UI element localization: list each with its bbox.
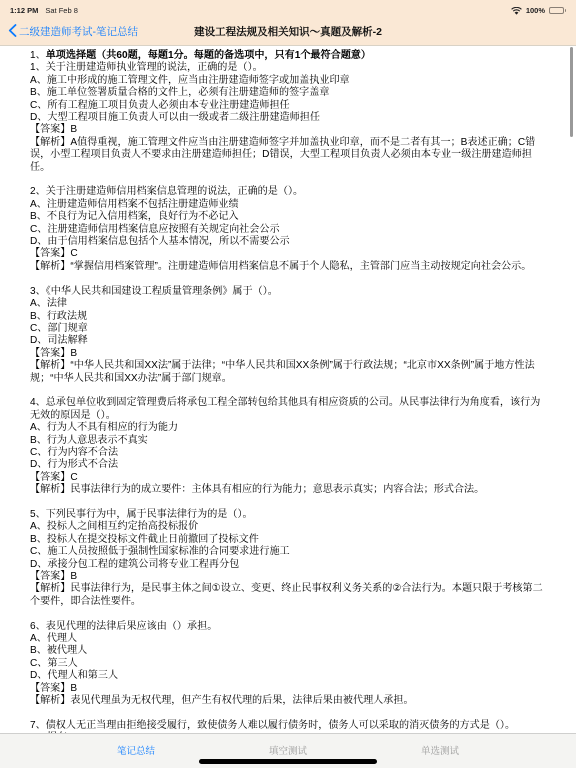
tab-notes-summary[interactable]: 笔记总结 [60,743,212,768]
chevron-left-icon [8,24,17,40]
question-option: A、注册建造师信用档案不包括注册建造师业绩 [30,199,546,211]
scrollbar[interactable] [570,47,573,137]
question-option: B、被代理人 [30,645,546,657]
status-right: 100% [511,2,566,20]
question-text: 3、《中华人民共和国建设工程质量管理条例》属于（）。 [30,286,546,298]
nav-bar: 二级建造师考试-笔记总结 建设工程法规及相关知识～真题及解析-2 [0,18,576,45]
question-option: D、行为形式不合法 [30,459,546,471]
question-analysis: 【解析】“掌握信用档案管理”。注册建造师信用档案信息不属于个人隐私，主管部门应当… [30,261,546,273]
question-text: 2、关于注册建造师信用档案信息管理的说法，正确的是（）。 [30,186,546,198]
question-answer: 【答案】B [30,348,546,360]
question-option: D、司法解释 [30,335,546,347]
question-list: 1、关于注册建造师执业管理的说法，正确的是（）。 A、施工中形成的施工管理文件，… [30,62,546,733]
question-option: C、施工人员按照低于强制性国家标准的合同要求进行施工 [30,546,546,558]
status-time: 1:12 PM [10,6,38,15]
question-answer: 【答案】B [30,571,546,583]
question-option: D、由于信用档案信息包括个人基本情况，所以不需要公示 [30,236,546,248]
question-option: A、法律 [30,298,546,310]
back-button[interactable]: 二级建造师考试-笔记总结 [8,24,138,40]
tab-single-choice-test[interactable]: 单选测试 [364,743,516,768]
question-block: 4、总承包单位收到固定管理费后将承包工程全部转包给其他具有相应资质的公司。从民事… [30,397,546,496]
question-text: 5、下列民事行为中，属于民事法律行为的是（）。 [30,509,546,521]
question-text: 4、总承包单位收到固定管理费后将承包工程全部转包给其他具有相应资质的公司。从民事… [30,397,546,422]
status-bar: 1:12 PM Sat Feb 8 100% [0,0,576,18]
question-block: 7、债权人无正当理由拒绝接受履行，致使债务人难以履行债务时，债务人可以采取的消灭… [30,720,546,733]
section-title: 单项选择题（共60题，每题1分。每题的备选项中，只有1个最符合题意） [46,50,371,61]
question-block: 3、《中华人民共和国建设工程质量管理条例》属于（）。 A、法律B、行政法规C、部… [30,286,546,385]
question-option: A、施工中形成的施工管理文件，应当由注册建造师签字或加盖执业印章 [30,75,546,87]
question-option: C、所有工程施工项目负责人必须由本专业注册建造师担任 [30,100,546,112]
question-option: C、第三人 [30,658,546,670]
home-indicator[interactable] [199,759,377,764]
question-block: 5、下列民事行为中，属于民事法律行为的是（）。 A、投标人之间相互约定抬高投标报… [30,509,546,608]
question-text: 7、债权人无正当理由拒绝接受履行，致使债务人难以履行债务时，债务人可以采取的消灭… [30,720,546,732]
question-analysis: 【解析】A值得重视，施工管理文件应当由注册建造师签字并加盖执业印章，而不是二者有… [30,137,546,174]
question-analysis: 【解析】民事法律行为，是民事主体之间①设立、变更、终止民事权利义务关系的②合法行… [30,583,546,608]
section-number: 1、 [30,50,46,61]
question-option: B、行为人意思表示不真实 [30,435,546,447]
question-analysis: 【解析】“中华人民共和国XX法”属于法律；“中华人民共和国XX条例”属于行政法规… [30,360,546,385]
battery-percent: 100% [526,6,545,15]
question-block: 2、关于注册建造师信用档案信息管理的说法，正确的是（）。 A、注册建造师信用档案… [30,186,546,273]
question-answer: 【答案】B [30,683,546,695]
battery-icon [549,7,566,15]
question-text: 1、关于注册建造师执业管理的说法，正确的是（）。 [30,62,546,74]
question-option: A、行为人不具有相应的行为能力 [30,422,546,434]
question-text: 6、表见代理的法律后果应该由（）承担。 [30,621,546,633]
screen: 1:12 PM Sat Feb 8 100% [0,0,576,768]
back-button-label: 二级建造师考试-笔记总结 [19,24,138,39]
tab-fill-blank-test[interactable]: 填空测试 [212,743,364,768]
wifi-icon [511,2,522,20]
question-option: B、行政法规 [30,311,546,323]
question-option: B、不良行为记入信用档案，良好行为不必记入 [30,211,546,223]
question-option: D、大型工程项目施工负责人可以由一级或者二级注册建造师担任 [30,112,546,124]
question-answer: 【答案】C [30,472,546,484]
question-answer: 【答案】C [30,248,546,260]
question-block: 1、关于注册建造师执业管理的说法，正确的是（）。 A、施工中形成的施工管理文件，… [30,62,546,174]
section-header: 1、单项选择题（共60题，每题1分。每题的备选项中，只有1个最符合题意） [30,50,546,62]
question-option: C、部门规章 [30,323,546,335]
question-answer: 【答案】B [30,124,546,136]
question-option: D、承接分包工程的建筑公司将专业工程再分包 [30,559,546,571]
question-option: C、注册建造师信用档案信息应按照有关规定向社会公示 [30,224,546,236]
question-option: A、投标人之间相互约定抬高投标报价 [30,521,546,533]
question-analysis: 【解析】民事法律行为的成立要件：主体具有相应的行为能力；意思表示真实；内容合法；… [30,484,546,496]
content-scroll-area[interactable]: 1、单项选择题（共60题，每题1分。每题的备选项中，只有1个最符合题意） 1、关… [0,45,576,733]
status-left: 1:12 PM Sat Feb 8 [10,6,78,15]
status-date: Sat Feb 8 [45,6,78,15]
question-block: 6、表见代理的法律后果应该由（）承担。 A、代理人B、被代理人C、第三人D、代理… [30,621,546,708]
question-option: B、施工单位签署质量合格的文件上，必须有注册建造师的签字盖章 [30,87,546,99]
question-analysis: 【解析】表见代理虽为无权代理，但产生有权代理的后果，法律后果由被代理人承担。 [30,695,546,707]
question-option: B、投标人在提交投标文件截止日前撤回了投标文件 [30,534,546,546]
question-option: D、代理人和第三人 [30,670,546,682]
question-option: C、行为内容不合法 [30,447,546,459]
question-option: A、代理人 [30,633,546,645]
